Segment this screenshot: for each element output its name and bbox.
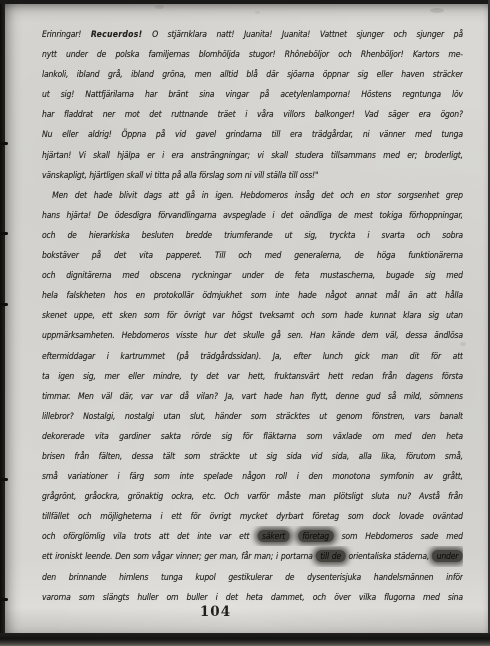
text-line: Erinringar! Recuerdos! O stjärnklara nat… bbox=[42, 24, 463, 44]
text-line: timmar. Men väl där, var var då vilan? J… bbox=[42, 386, 463, 406]
smudge-mark: företag bbox=[298, 530, 334, 542]
text-segment: och de hierarkiska besluten bredde trium… bbox=[42, 230, 463, 240]
text-line: hjärtan! Vi skall hjälpa er i era ansträ… bbox=[42, 145, 463, 165]
text-line: Nu eller aldrig! Öppna på vid gavel grin… bbox=[42, 124, 463, 144]
text-segment: nytt under de polska familjernas blomhöl… bbox=[42, 49, 463, 59]
page-bottom-shadow bbox=[0, 633, 490, 646]
text-segment: vänskapligt, hjärtligen skall vi titta p… bbox=[42, 170, 318, 180]
text-line: vänskapligt, hjärtligen skall vi titta p… bbox=[42, 165, 463, 185]
text-segment: den brinnande himlens tunga kupol gestik… bbox=[42, 572, 463, 582]
text-segment: varorna som slängts huller om buller i d… bbox=[42, 592, 463, 602]
text-line: och dignitärerna med obscena ryckningar … bbox=[42, 265, 463, 285]
scan-edge-left bbox=[0, 0, 5, 646]
text-segment: skenet uppe, ett sken som för övrigt var… bbox=[42, 310, 463, 320]
scanned-book-page: { "colors": { "ink": "#24221f", "paper":… bbox=[0, 0, 490, 646]
scan-edge-mark bbox=[0, 598, 8, 601]
scan-speck bbox=[255, 11, 260, 14]
scan-edge-mark bbox=[0, 478, 8, 481]
text-segment: som Hebdomeros sade med bbox=[334, 531, 463, 541]
text-segment: hans hjärta! De ödesdigra förvandlingarn… bbox=[42, 210, 463, 220]
text-segment bbox=[290, 531, 298, 541]
paper: Erinringar! Recuerdos! O stjärnklara nat… bbox=[5, 4, 488, 633]
text-segment: brisen från fälten, dessa tält som sträc… bbox=[42, 451, 463, 461]
text-segment: eftermiddagar i kartrummet (på trädgårds… bbox=[42, 351, 463, 361]
text-line: nytt under de polska familjernas blomhöl… bbox=[42, 44, 463, 64]
scan-speck bbox=[155, 5, 164, 9]
text-segment: orientaliska städerna, bbox=[346, 551, 432, 561]
text-line: hans hjärta! De ödesdigra förvandlingarn… bbox=[42, 205, 463, 225]
text-line: skenet uppe, ett sken som för övrigt var… bbox=[42, 305, 463, 325]
emphasis-text: Recuerdos! bbox=[91, 29, 143, 39]
smudge-mark: säkert bbox=[257, 530, 289, 542]
text-segment: ta igen sig, mer eller mindre, ty det va… bbox=[42, 371, 463, 381]
scan-edge-top bbox=[0, 0, 490, 4]
scan-edge-mark bbox=[0, 303, 8, 306]
text-line: och de hierarkiska besluten bredde trium… bbox=[42, 225, 463, 245]
text-line: hela falskheten hos en protokollär ödmju… bbox=[42, 285, 463, 305]
text-line: eftermiddagar i kartrummet (på trädgårds… bbox=[42, 346, 463, 366]
text-line: ett ironiskt leende. Den som vågar vinne… bbox=[42, 546, 463, 566]
text-segment: grågrönt, gråockra, grönaktig ockra, etc… bbox=[42, 491, 463, 501]
text-segment: timmar. Men väl där, var var då vilan? J… bbox=[42, 391, 463, 401]
text-segment: O stjärnklara natt! Juanita! Juanita! Va… bbox=[142, 29, 462, 39]
text-line: lillebror? Nostalgi, nostalgi utan slut,… bbox=[42, 406, 463, 426]
text-line: grågrönt, gråockra, grönaktig ockra, etc… bbox=[42, 486, 463, 506]
text-line: ta igen sig, mer eller mindre, ty det va… bbox=[42, 366, 463, 386]
text-segment: uppmärksamheten. Hebdomeros visste hur d… bbox=[42, 330, 463, 340]
text-line: tillfället och möjligheterna i ett för ö… bbox=[42, 506, 463, 526]
text-segment: hela falskheten hos en protokollär ödmju… bbox=[42, 290, 463, 300]
text-segment: små variationer i färg som inte spelade … bbox=[42, 471, 463, 481]
text-line: den brinnande himlens tunga kupol gestik… bbox=[42, 567, 463, 587]
page-number: 104 bbox=[5, 604, 426, 620]
text-segment: och dignitärerna med obscena ryckningar … bbox=[42, 270, 463, 280]
text-segment: bokstäver på det vita papperet. Till och… bbox=[42, 250, 463, 260]
text-line: ut sig! Nattfjärilarna har bränt sina vi… bbox=[42, 84, 463, 104]
text-segment: Nu eller aldrig! Öppna på vid gavel grin… bbox=[42, 129, 463, 139]
text-segment: tillfället och möjligheterna i ett för ö… bbox=[42, 511, 463, 521]
text-segment: Erinringar! bbox=[42, 29, 91, 39]
text-segment: ett ironiskt leende. Den som vågar vinne… bbox=[42, 551, 316, 561]
scan-speck bbox=[460, 342, 466, 346]
text-segment: lankoli, ibland grå, ibland gröna, men a… bbox=[42, 69, 463, 79]
text-line: brisen från fälten, dessa tält som sträc… bbox=[42, 446, 463, 466]
text-line: dekorerade vita gardiner sakta rörde sig… bbox=[42, 426, 463, 446]
text-segment: har fladdrat ner mot det ruttnande träet… bbox=[42, 109, 463, 119]
text-segment: Men det hade blivit dags att gå in igen.… bbox=[52, 190, 463, 200]
text-line: Men det hade blivit dags att gå in igen.… bbox=[42, 185, 463, 205]
scan-edge-mark bbox=[0, 142, 8, 145]
scan-edge-mark bbox=[0, 232, 8, 235]
smudge-mark: under bbox=[432, 550, 463, 562]
text-line: små variationer i färg som inte spelade … bbox=[42, 466, 463, 486]
text-segment: lillebror? Nostalgi, nostalgi utan slut,… bbox=[42, 411, 463, 421]
text-segment: och oförglömlig vila trots att det inte … bbox=[42, 531, 257, 541]
text-segment: dekorerade vita gardiner sakta rörde sig… bbox=[42, 431, 463, 441]
text-segment: ut sig! Nattfjärilarna har bränt sina vi… bbox=[42, 89, 463, 99]
text-line: och oförglömlig vila trots att det inte … bbox=[42, 526, 463, 546]
text-line: uppmärksamheten. Hebdomeros visste hur d… bbox=[42, 325, 463, 345]
text-segment: hjärtan! Vi skall hjälpa er i era ansträ… bbox=[42, 150, 463, 160]
text-line: lankoli, ibland grå, ibland gröna, men a… bbox=[42, 64, 463, 84]
page-text: Erinringar! Recuerdos! O stjärnklara nat… bbox=[42, 24, 463, 607]
text-line: bokstäver på det vita papperet. Till och… bbox=[42, 245, 463, 265]
scan-speck bbox=[430, 8, 444, 13]
text-line: har fladdrat ner mot det ruttnande träet… bbox=[42, 104, 463, 124]
smudge-mark: till de bbox=[316, 550, 346, 562]
